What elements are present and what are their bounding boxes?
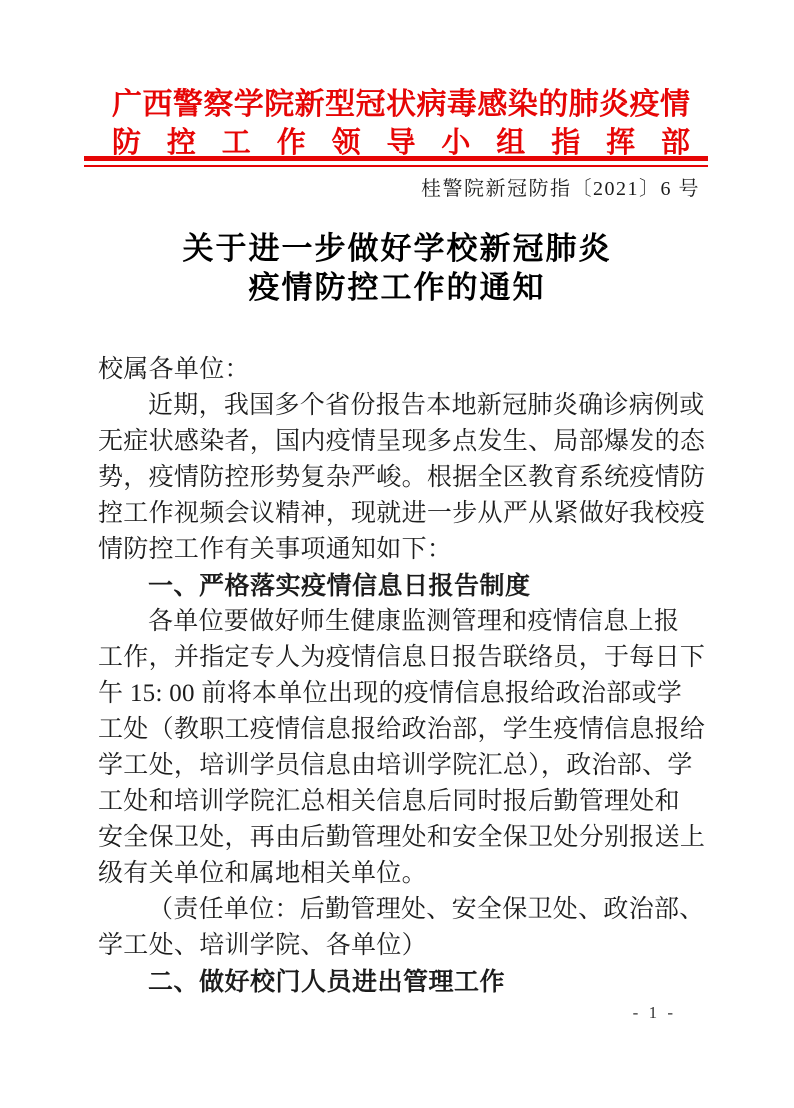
body-line: 控工作视频会议精神，现就进一步从严从紧做好我校疫 — [98, 496, 698, 532]
page-number: - 1 - — [633, 1003, 676, 1023]
body-line: 势，疫情防控形势复杂严峻。根据全区教育系统疫情防 — [98, 460, 698, 496]
body-line: 工处（教职工疫情信息报给政治部，学生疫情信息报给 — [98, 712, 698, 748]
document-title-line-2: 疫情防控工作的通知 — [0, 268, 794, 307]
body-line: 情防控工作有关事项通知如下： — [98, 532, 698, 568]
document-body: 校属各单位： 近期，我国多个省份报告本地新冠肺炎确诊病例或 无症状感染者，国内疫… — [98, 352, 698, 1000]
document-title: 关于进一步做好学校新冠肺炎 疫情防控工作的通知 — [0, 229, 794, 307]
red-separator-rule-thin — [84, 165, 708, 167]
body-line: 无症状感染者，国内疫情呈现多点发生、局部爆发的态 — [98, 424, 698, 460]
responsible-units-line: （责任单位：后勤管理处、安全保卫处、政治部、 — [98, 892, 698, 928]
body-line: 各单位要做好师生健康监测管理和疫情信息上报 — [98, 604, 698, 640]
body-line: 级有关单位和属地相关单位。 — [98, 856, 698, 892]
body-line: 工作，并指定专人为疫情信息日报告联络员，于每日下 — [98, 640, 698, 676]
section-1-heading: 一、严格落实疫情信息日报告制度 — [98, 568, 698, 604]
section-2-heading: 二、做好校门人员进出管理工作 — [98, 964, 698, 1000]
document-number: 桂警院新冠防指〔2021〕6 号 — [421, 172, 700, 201]
responsible-units-line: 学工处、培训学院、各单位） — [98, 928, 698, 964]
body-line: 午 15: 00 前将本单位出现的疫情信息报给政治部或学 — [98, 676, 698, 712]
body-line: 安全保卫处，再由后勤管理处和安全保卫处分别报送上 — [98, 820, 698, 856]
red-separator-rule — [84, 156, 708, 167]
red-separator-rule-thick — [84, 156, 708, 161]
document-title-line-1: 关于进一步做好学校新冠肺炎 — [0, 229, 794, 268]
letterhead-org-name-line-2: 防控工作领导小组指挥部 — [112, 126, 690, 160]
body-line: 学工处，培训学员信息由培训学院汇总），政治部、学 — [98, 748, 698, 784]
salutation: 校属各单位： — [98, 352, 698, 388]
body-line: 工处和培训学院汇总相关信息后同时报后勤管理处和 — [98, 784, 698, 820]
document-page: 广西警察学院新型冠状病毒感染的肺炎疫情 防控工作领导小组指挥部 桂警院新冠防指〔… — [0, 0, 794, 1108]
body-line: 近期，我国多个省份报告本地新冠肺炎确诊病例或 — [98, 388, 698, 424]
letterhead-org-name-line-1: 广西警察学院新型冠状病毒感染的肺炎疫情 — [112, 86, 690, 124]
